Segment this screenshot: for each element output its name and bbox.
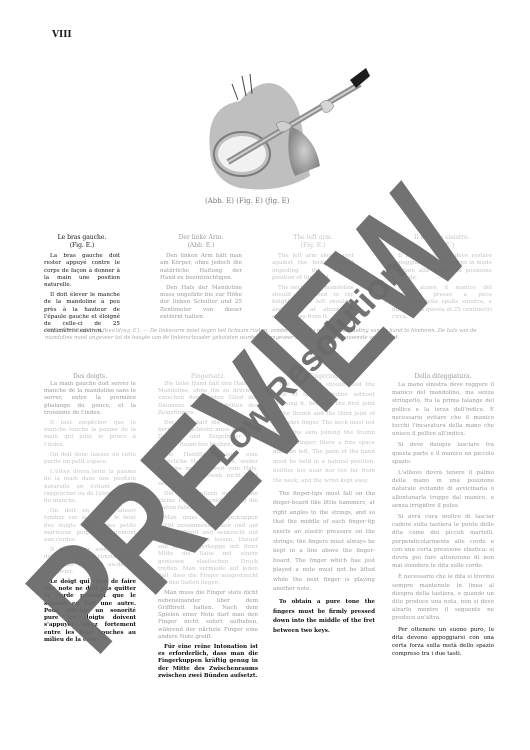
mandolin-player-illustration [200, 66, 372, 194]
paragraph: Si deve dunque lasciare tra questa parte… [392, 441, 494, 466]
section-fingering-it: Della diteggiatura. La mano sinistra dev… [392, 372, 494, 662]
paragraph: The left hand should hold the neck of th… [273, 381, 375, 487]
section-left-arm-fr: Le bras gauche. (Fig. E.) La bras gauche… [44, 233, 120, 338]
section-title: Der linke Arm. [160, 233, 242, 242]
section-left-arm-en: The left arm. (Fig. E.) The left arm sho… [272, 233, 354, 324]
paragraph: Den linken Arm hält man am Körper, ohne … [160, 253, 242, 282]
section-title: The left arm. [272, 233, 354, 242]
paragraph: Per ottenere un suono puro, le dita devo… [392, 626, 494, 659]
figure-caption: (Abb. E) (Fig. E) (ƒig. E) [205, 197, 355, 205]
section-left-arm-it: Il braccio sinistro. (Fig. E.) Il bracci… [392, 233, 492, 324]
paragraph: To obtain a pure tone the fingers must b… [273, 598, 375, 636]
paragraph: Il faut empêcher que le manche touche la… [44, 420, 136, 449]
section-title: Della diteggiatura. [392, 372, 494, 381]
section-title: Le bras gauche. [44, 233, 120, 242]
paragraph: Il braccio sinistro deve restare appoggi… [392, 253, 492, 282]
paragraph: Den Hals der Mandoline muss ungefähr bis… [160, 285, 242, 321]
section-fingering-en: Fingering. The left hand should hold the… [273, 372, 375, 639]
section-title: Des doigts. [44, 372, 136, 381]
paragraph: The neck of the mandoline should be rais… [272, 285, 354, 321]
paragraph: Il faut avoir soin que les doigts se tro… [44, 547, 136, 576]
paragraph: L'élève devra tenir la paume de la main … [44, 469, 136, 505]
section-title: Fingersatz. [158, 372, 258, 381]
paragraph: Die Handfläche soll eine natürliche Halt… [158, 452, 258, 488]
paragraph: Die linke Hand hält den Hals der Mandoli… [158, 381, 258, 417]
paragraph: Die Fingerspitzen müssen wie kleine Hämm… [158, 491, 258, 513]
section-fingering-fr: Des doigts. La main gauche doit serrer l… [44, 372, 136, 647]
paragraph: L'allievo dovrà tenere il palmo della ma… [392, 469, 494, 510]
paragraph: La bras gauche doit rester appuyé contre… [44, 253, 120, 289]
paragraph: On doit en outre laisser tomber sur la t… [44, 508, 136, 544]
section-figure-ref: (Fig. E.) [44, 242, 120, 249]
section-figure-ref: (Fig. E.) [272, 242, 354, 249]
dutch-note-lead: DE LINKERARM (Afbeelding E). [45, 328, 141, 334]
paragraph: Für eine reine Intonation ist es erforde… [158, 644, 258, 680]
section-figure-ref: (Fig. E.) [392, 242, 492, 249]
paragraph: Der Hals darf die Hand nicht berühren, v… [158, 420, 258, 449]
section-title: Fingering. [273, 372, 375, 381]
section-left-arm-de: Der linke Arm. (Abb. E.) Den linken Arm … [160, 233, 242, 324]
section-fingering-de: Fingersatz. Die linke Hand hält den Hals… [158, 372, 258, 683]
page-number: VIII [52, 30, 72, 40]
paragraph: Si avrà cura inoltre di lasciar cadere s… [392, 513, 494, 570]
paragraph: La main gauche doit serrer le manche de … [44, 381, 136, 417]
section-figure-ref: (Abb. E.) [160, 242, 242, 249]
paragraph: È necessario che le dita si trovino semp… [392, 573, 494, 622]
paragraph: Man muss die Fingerkuppen leicht zusamme… [158, 515, 258, 587]
paragraph: On doit donc laisser en cette partie un … [44, 452, 136, 466]
paragraph: The left arm should rest against the bod… [272, 253, 354, 282]
paragraph: La mano sinistra deve reggere il manico … [392, 381, 494, 438]
paragraph: Le doigt qui vient de faire une note ne … [44, 579, 136, 644]
dutch-note: DE LINKERARM (Afbeelding E). — De linker… [45, 328, 485, 341]
paragraph: Deve alzare il manico del mandolino pres… [392, 285, 492, 321]
paragraph: The finger-tips must fall on the finger-… [273, 490, 375, 596]
paragraph: Man muss die Finger stets dicht nebenein… [158, 590, 258, 640]
section-title: Il braccio sinistro. [392, 233, 492, 242]
